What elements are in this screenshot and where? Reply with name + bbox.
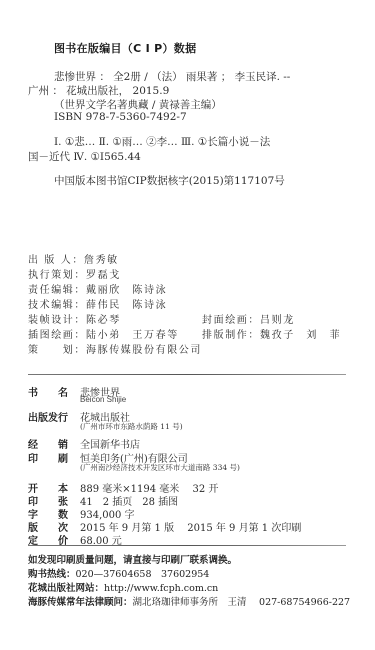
credit-value: 海豚传媒股份有限公司 xyxy=(86,345,202,356)
credit-value: 罗磊戈 xyxy=(86,270,121,281)
credit-value: 陆小弟 王万春等 xyxy=(86,330,179,341)
hotline-value: 020—37604658 37602954 xyxy=(76,569,210,580)
info-label: 书 名 xyxy=(28,384,80,399)
credit-label: 插图绘画： xyxy=(28,330,86,341)
website-label: 花城出版社网站： xyxy=(28,583,104,594)
credit-executive-planner: 执行策划：罗磊戈 xyxy=(28,266,121,281)
cip-title: 图书在版编目（C I P）数据 xyxy=(54,40,196,56)
credit-responsible-editor: 责任编辑：戴丽欣 陈诗泳 xyxy=(28,281,167,296)
credit-label: 策 划： xyxy=(28,345,86,356)
credit-value: 詹秀敏 xyxy=(84,255,119,266)
credit-value: 薛伟民 陈诗泳 xyxy=(86,300,167,311)
credit-planning: 策 划：海豚传媒股份有限公司 xyxy=(28,341,202,356)
hotline-label: 购书热线： xyxy=(28,569,76,580)
credit-value: 吕则龙 xyxy=(260,315,295,326)
cip-classification-1: Ⅰ. ①悲… Ⅱ. ①雨… ②李… Ⅲ. ①长篇小说－法 xyxy=(54,134,270,149)
cip-line-3: （世界文学名著典藏 / 黄禄善主编） xyxy=(54,97,222,112)
website-value: http://www.fcph.com.cn xyxy=(104,583,218,594)
credit-value: 陈必琴 xyxy=(86,315,121,326)
credit-label: 执行策划： xyxy=(28,270,86,281)
credit-technical-editor: 技术编辑：薛伟民 陈诗泳 xyxy=(28,296,167,311)
footer-legal: 海豚传媒常年法律顾问：湖北珞珈律师事务所 王清 027-68754966-227 xyxy=(28,594,350,608)
credit-label: 装帧设计： xyxy=(28,315,86,326)
footer-website: 花城出版社网站：http://www.fcph.com.cn xyxy=(28,580,218,594)
info-printer-address: (广州南沙经济技术开发区环市大道南路 334 号) xyxy=(80,462,240,473)
info-label: 出版发行 xyxy=(28,409,80,424)
cip-verification: 中国版本图书馆CIP数据核字(2015)第117107号 xyxy=(54,173,285,188)
cip-classification-2: 国－近代 Ⅳ. ①I565.44 xyxy=(28,149,141,164)
notice-text: 如发现印刷质量问题，请直接与印刷厂联系调换。 xyxy=(28,555,237,566)
cip-line-2: 广州 ： 花城出版社， 2015.9 xyxy=(28,83,169,98)
legal-value: 湖北珞珈律师事务所 王清 027-68754966-227 xyxy=(133,597,351,608)
divider-top xyxy=(28,374,346,375)
legal-label: 海豚传媒常年法律顾问： xyxy=(28,597,133,608)
credit-label: 出 版 人： xyxy=(28,255,84,266)
info-label: 印 刷 xyxy=(28,450,80,465)
credit-illustration: 插图绘画：陆小弟 王万春等 xyxy=(28,326,179,341)
credit-cover-painting: 封面绘画：吕则龙 xyxy=(202,311,295,326)
credit-label: 排版制作： xyxy=(202,330,260,341)
info-title-english: Beicon Shijie xyxy=(80,395,126,404)
credit-publisher-person: 出 版 人：詹秀敏 xyxy=(28,251,119,266)
cip-line-1: 悲惨世界 ： 全2册 / （法） 雨果著 ； 李玉民译. -- xyxy=(54,69,290,84)
info-publisher-address: (广州市环市东路水荫路 11 号) xyxy=(80,421,183,432)
cip-isbn: ISBN 978-7-5360-7492-7 xyxy=(54,111,187,123)
credit-typesetting: 排版制作：魏孜子 刘 菲 xyxy=(202,326,341,341)
divider-bottom xyxy=(28,545,346,546)
credit-label: 责任编辑： xyxy=(28,285,86,296)
credit-label: 技术编辑： xyxy=(28,300,86,311)
credit-binding-design: 装帧设计：陈必琴 xyxy=(28,311,121,326)
credit-value: 魏孜子 刘 菲 xyxy=(260,330,341,341)
footer-notice: 如发现印刷质量问题，请直接与印刷厂联系调换。 xyxy=(28,552,237,566)
footer-hotline: 购书热线：020—37604658 37602954 xyxy=(28,566,209,580)
credit-label: 封面绘画： xyxy=(202,315,260,326)
credit-value: 戴丽欣 陈诗泳 xyxy=(86,285,167,296)
